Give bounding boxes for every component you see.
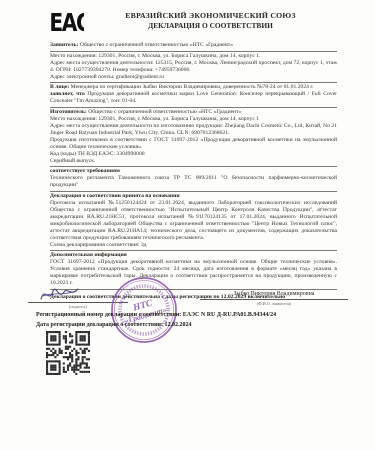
additional-info-text: ГОСТ 31697-2012 «Продукция декоративной … — [50, 259, 337, 287]
manufacturer-label: Изготовитель: — [50, 109, 87, 115]
qr-code — [46, 331, 90, 375]
applicant-activity-address: Адрес места осуществления деятельности: … — [50, 60, 337, 74]
union-title: ЕВРАЗИЙСКИЙ ЭКОНОМИЧЕСКИЙ СОЮЗ — [84, 11, 337, 20]
product-line: заявляет, что Продукция декоративной кос… — [50, 91, 337, 105]
additional-info-heading: Дополнительная информация — [50, 252, 337, 259]
company-stamp: НТС «Градиент» — [110, 276, 178, 344]
manufacturer-production-address: Адрес места осуществления деятельности п… — [50, 123, 337, 137]
divider — [50, 191, 337, 192]
compliance-heading: соответствует требованиям — [50, 168, 337, 175]
divider — [50, 51, 337, 52]
applicant-label: Заявитель: — [50, 42, 78, 48]
applicant-location: Место нахождения: 129301, Россия, г. Мос… — [50, 53, 337, 60]
signatory-block: Зыбко Виктория Владимировна (Ф.И.О. заяв… — [200, 291, 348, 306]
tnved-code: Код (коды) ТН ВЭД ЕАЭС: 3304990000 — [50, 151, 337, 158]
applicant-line: Заявитель: Общество с ограниченной ответ… — [50, 42, 337, 49]
document-title: ДЕКЛАРАЦИЯ О СООТВЕТСТВИИ — [84, 21, 337, 30]
product-description: Продукция декоративной косметики марки L… — [50, 91, 337, 104]
registration-date: Дата регистрации декларации о соответств… — [36, 322, 355, 328]
in-person-line: В лице: Менеджера по сертификации Зыбко … — [50, 84, 337, 91]
registration-number: Регистрационный номер декларации о соотв… — [36, 312, 355, 318]
divider — [50, 107, 337, 108]
document-titles: ЕВРАЗИЙСКИЙ ЭКОНОМИЧЕСКИЙ СОЮЗ ДЕКЛАРАЦИ… — [84, 8, 337, 30]
divider — [50, 166, 337, 167]
signatory-caption: (Ф.И.О. заявителя) — [200, 301, 348, 306]
manufacturer-gost: Продукция изготовлена в соответствии с Г… — [50, 137, 337, 151]
document-header: EAC ЕВРАЗИЙСКИЙ ЭКОНОМИЧЕСКИЙ СОЮЗ ДЕКЛА… — [0, 0, 375, 35]
divider — [50, 82, 337, 83]
document-body: Заявитель: Общество с ограниченной ответ… — [0, 35, 375, 301]
eac-logo-icon: EAC — [50, 8, 84, 35]
declaration-scheme: Схема декларирования соответствия: 3д — [50, 242, 337, 249]
applicant-email: Адрес электронной почты: gradient@gradie… — [50, 74, 337, 81]
divider — [50, 250, 337, 251]
in-person-label: В лице: — [50, 84, 69, 90]
basis-text: Протокола испытаний №51250124424 от 23.0… — [50, 200, 337, 242]
serial-release: Серийный выпуск. — [50, 158, 337, 165]
declaration-document: EAC ЕВРАЗИЙСКИЙ ЭКОНОМИЧЕСКИЙ СОЮЗ ДЕКЛА… — [0, 0, 375, 450]
compliance-text: Технического регламента Таможенного союз… — [50, 175, 337, 189]
basis-heading: Декларация о соответствии принята на осн… — [50, 193, 337, 200]
svg-text:EAC: EAC — [50, 9, 84, 35]
signatory-name: Зыбко Виктория Владимировна — [200, 291, 348, 300]
applicant-name: Общество с ограниченной ответственностью… — [80, 42, 233, 48]
in-person-value: Менеджера по сертификации Зыбко Виктории… — [71, 84, 314, 90]
manufacturer-line: Изготовитель: Общество с ограниченной от… — [50, 109, 337, 116]
divider — [50, 289, 337, 290]
declares-label: заявляет, что — [50, 91, 85, 97]
manufacturer-name: Общество с ограниченной ответственностью… — [88, 109, 241, 115]
manufacturer-location: Место нахождения: 129301, Россия, г. Мос… — [50, 116, 337, 123]
